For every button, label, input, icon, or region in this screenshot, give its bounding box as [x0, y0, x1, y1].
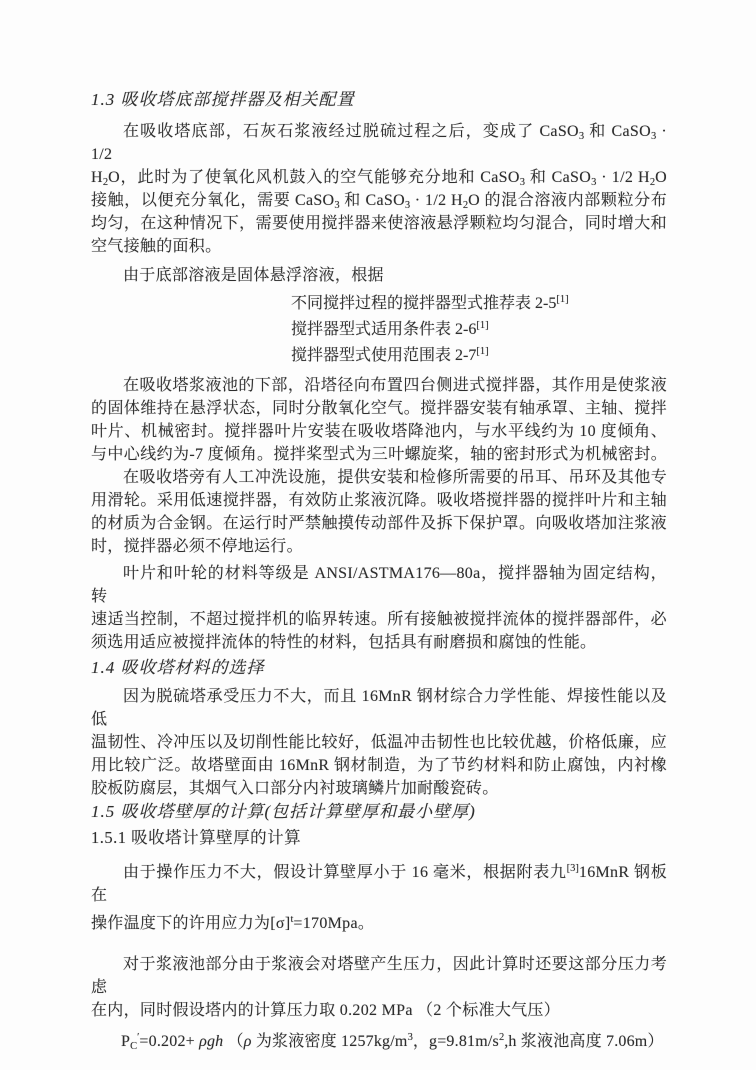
text-line: 用滑轮。采用低速搅拌器，有效防止浆液沉降。吸收塔搅拌器的搅拌叶片和主轴 [91, 489, 667, 512]
text-line: 接触，以便充分氧化，需要 CaSO3 和 CaSO3 · 1/2 H2O 的混合… [91, 189, 667, 212]
section-heading-1-3: 1.3 吸收塔底部搅拌器及相关配置 [91, 88, 667, 112]
text-line: 操作温度下的许用应力为[σ]t=170Mpa。 [91, 912, 667, 935]
subsection-heading-1-5-1: 1.5.1 吸收塔计算壁厚的计算 [91, 826, 667, 849]
text-line: 对于浆液池部分由于浆液会对塔壁产生压力，因此计算时还要这部分压力考虑 [91, 953, 667, 999]
supscript-run: [3] [567, 863, 579, 874]
subscript-run: 3 [651, 131, 656, 142]
italic-run: ρgh [199, 1033, 223, 1050]
text-line: 须选用适应被搅拌流体的特性的材料，包括具有耐磨损和腐蚀的性能。 [91, 631, 667, 654]
subscript-run: 3 [520, 177, 525, 188]
reference-line: 搅拌器型式使用范围表 2-7[1] [291, 343, 667, 369]
reference-line: 搅拌器型式适用条件表 2-6[1] [291, 317, 667, 343]
supscript-run: 3 [408, 1032, 413, 1043]
text-line: 空气接触的面积。 [91, 235, 667, 258]
subscript-run: 3 [591, 177, 596, 188]
text-line: 在吸收塔底部，石灰石浆液经过脱硫过程之后，变成了 CaSO3 和 CaSO3 ·… [91, 120, 667, 166]
supscript-run: ′ [137, 1032, 139, 1043]
text-line: 叶片、机械密封。搅拌器叶片安装在吸收塔降池内，与水平线约为 10 度倾角、 [91, 420, 667, 443]
subscript-run: 3 [579, 131, 584, 142]
text-line: 的固体维持在悬浮状态，同时分散氧化空气。搅拌器安装有轴承罩、主轴、搅拌 [91, 397, 667, 420]
text-line: 因为脱硫塔承受压力不大，而且 16MnR 钢材综合力学性能、焊接性能以及低 [91, 685, 667, 731]
subscript-run: 3 [334, 200, 339, 211]
text-line: 温韧性、冷冲压以及切削性能比较好，低温冲击韧性也比较优越，价格低廉，应 [91, 731, 667, 754]
text-line: 在吸收塔旁有人工冲洗设施，提供安装和检修所需要的吊耳、吊环及其他专 [91, 466, 667, 489]
text-line: 的材质为合金钢。在运行时严禁触摸传动部件及拆下保护罩。向吸收塔加注浆液 [91, 512, 667, 535]
pressure-formula: PC′=0.202+ ρgh （ρ 为浆液密度 1257kg/m3，g=9.81… [91, 1030, 667, 1053]
text-line: 速适当控制，不超过搅拌机的临界转速。所有接触被搅拌流体的搅拌器部件，必 [91, 608, 667, 631]
text-line: 胶板防腐层，其烟气入口部分内衬玻璃鳞片加耐酸瓷砖。 [91, 777, 667, 800]
section-heading-1-5: 1.5 吸收塔壁厚的计算(包括计算壁厚和最小壁厚) [91, 800, 667, 824]
text-line: 在吸收塔浆液池的下部，沿塔径向布置四台侧进式搅拌器，其作用是使浆液 [91, 374, 667, 397]
text-line: H2O，此时为了使氧化风机鼓入的空气能够充分地和 CaSO3 和 CaSO3 ·… [91, 166, 667, 189]
subscript-run: 2 [463, 200, 468, 211]
supscript-run: [1] [476, 346, 488, 357]
subscript-run: 3 [405, 200, 410, 211]
supscript-run: [1] [556, 294, 568, 305]
text-line: 在内，同时假设塔内的计算压力取 0.202 MPa （2 个标准大气压） [91, 999, 667, 1022]
supscript-run: t [290, 914, 293, 925]
document-content: 1.3 吸收塔底部搅拌器及相关配置在吸收塔底部，石灰石浆液经过脱硫过程之后，变成… [91, 88, 667, 1053]
italic-run: ρ [244, 1033, 252, 1050]
text-line: 由于底部溶液是固体悬浮溶液，根据 [91, 264, 667, 287]
subscript-run: 2 [103, 177, 108, 188]
supscript-run: [1] [476, 320, 488, 331]
document-page: 1.3 吸收塔底部搅拌器及相关配置在吸收塔底部，石灰石浆液经过脱硫过程之后，变成… [0, 0, 756, 1070]
text-line: 与中心线约为-7 度倾角。搅拌桨型式为三叶螺旋桨，轴的密封形式为机械密封。 [91, 443, 667, 466]
reference-line: 不同搅拌过程的搅拌器型式推荐表 2-5[1] [291, 291, 667, 317]
text-line: 叶片和叶轮的材料等级是 ANSI/ASTMA176—80a，搅拌器轴为固定结构，… [91, 562, 667, 608]
supscript-run: 2 [499, 1032, 504, 1043]
text-line: 均匀，在这种情况下，需要使用搅拌器来使溶液悬浮颗粒均匀混合，同时增大和 [91, 212, 667, 235]
text-line: 用比较广泛。故塔壁面由 16MnR 钢材制造，为了节约材料和防止腐蚀，内衬橡 [91, 754, 667, 777]
subscript-run: 2 [650, 177, 655, 188]
section-heading-1-4: 1.4 吸收塔材料的选择 [91, 656, 667, 680]
text-line: 由于操作压力不大，假设计算壁厚小于 16 毫米，根据附表九[3]16MnR 钢板… [91, 861, 667, 907]
text-line: 时，搅拌器必须不停地运行。 [91, 535, 667, 558]
